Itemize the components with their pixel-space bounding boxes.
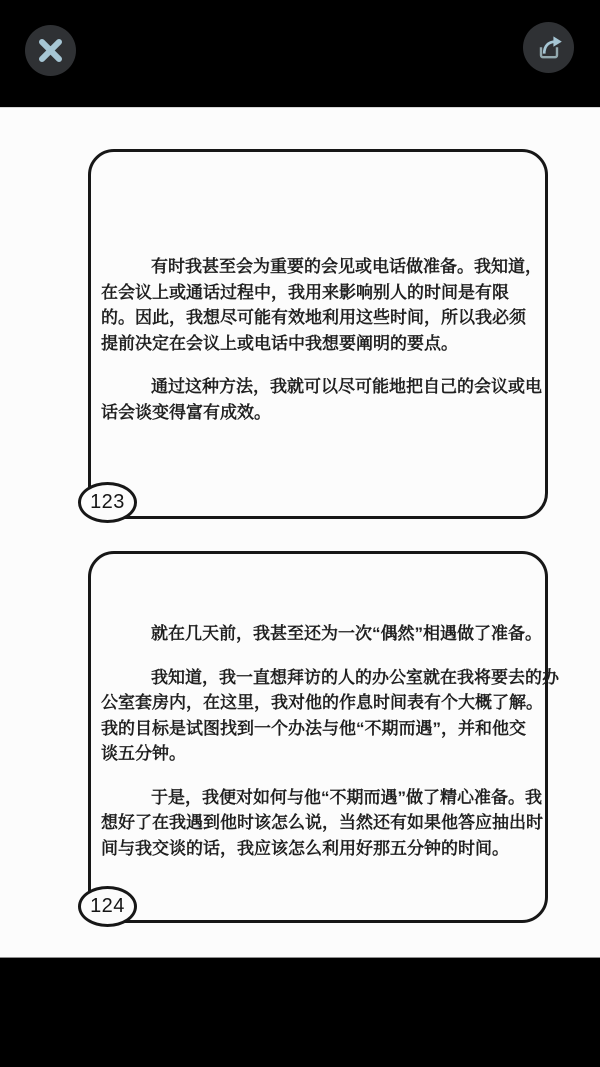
photo-viewer-screen: 有时我甚至会为重要的会见或电话做准备。我知道，在会议上或通话过程中，我用来影响别… — [0, 0, 600, 1067]
text-line: 在会议上或通话过程中，我用来影响别人的时间是有限 — [101, 280, 527, 306]
text-line: 有时我甚至会为重要的会见或电话做准备。我知道， — [101, 254, 527, 280]
book-page-123: 有时我甚至会为重要的会见或电话做准备。我知道，在会议上或通话过程中，我用来影响别… — [88, 149, 548, 519]
text-line: 我知道，我一直想拜访的人的办公室就在我将要去的办 — [101, 665, 527, 691]
close-button[interactable] — [25, 25, 76, 76]
paragraph: 就在几天前，我甚至还为一次“偶然”相遇做了准备。 — [101, 621, 527, 647]
text-line: 公室套房内，在这里，我对他的作息时间表有个大概了解。 — [101, 690, 527, 716]
book-page-124: 就在几天前，我甚至还为一次“偶然”相遇做了准备。我知道，我一直想拜访的人的办公室… — [88, 551, 548, 923]
book-photo[interactable]: 有时我甚至会为重要的会见或电话做准备。我知道，在会议上或通话过程中，我用来影响别… — [0, 107, 600, 958]
text-line: 提前决定在会议上或电话中我想要阐明的要点。 — [101, 331, 527, 357]
text-line: 我的目标是试图找到一个办法与他“不期而遇”，并和他交 — [101, 716, 527, 742]
text-line: 就在几天前，我甚至还为一次“偶然”相遇做了准备。 — [101, 621, 527, 647]
text-line: 间与我交谈的话，我应该怎么利用好那五分钟的时间。 — [101, 836, 527, 862]
text-line: 于是，我便对如何与他“不期而遇”做了精心准备。我 — [101, 785, 527, 811]
share-button[interactable] — [523, 22, 574, 73]
paragraph: 于是，我便对如何与他“不期而遇”做了精心准备。我想好了在我遇到他时该怎么说，当然… — [101, 785, 527, 862]
text-line: 话会谈变得富有成效。 — [101, 400, 527, 426]
text-line: 的。因此，我想尽可能有效地利用这些时间，所以我必须 — [101, 305, 527, 331]
page-text: 有时我甚至会为重要的会见或电话做准备。我知道，在会议上或通话过程中，我用来影响别… — [101, 254, 527, 425]
text-line: 通过这种方法，我就可以尽可能地把自己的会议或电 — [101, 374, 527, 400]
text-line: 谈五分钟。 — [101, 741, 527, 767]
page-text: 就在几天前，我甚至还为一次“偶然”相遇做了准备。我知道，我一直想拜访的人的办公室… — [101, 621, 527, 861]
page-number-badge: 123 — [78, 482, 137, 523]
paragraph: 我知道，我一直想拜访的人的办公室就在我将要去的办公室套房内，在这里，我对他的作息… — [101, 665, 527, 767]
close-icon — [37, 37, 64, 64]
text-line: 想好了在我遇到他时该怎么说，当然还有如果他答应抽出时 — [101, 810, 527, 836]
paragraph: 通过这种方法，我就可以尽可能地把自己的会议或电话会谈变得富有成效。 — [101, 374, 527, 425]
viewer-toolbar — [0, 0, 600, 107]
share-icon — [533, 32, 565, 64]
paragraph: 有时我甚至会为重要的会见或电话做准备。我知道，在会议上或通话过程中，我用来影响别… — [101, 254, 527, 356]
page-number-badge: 124 — [78, 886, 137, 927]
